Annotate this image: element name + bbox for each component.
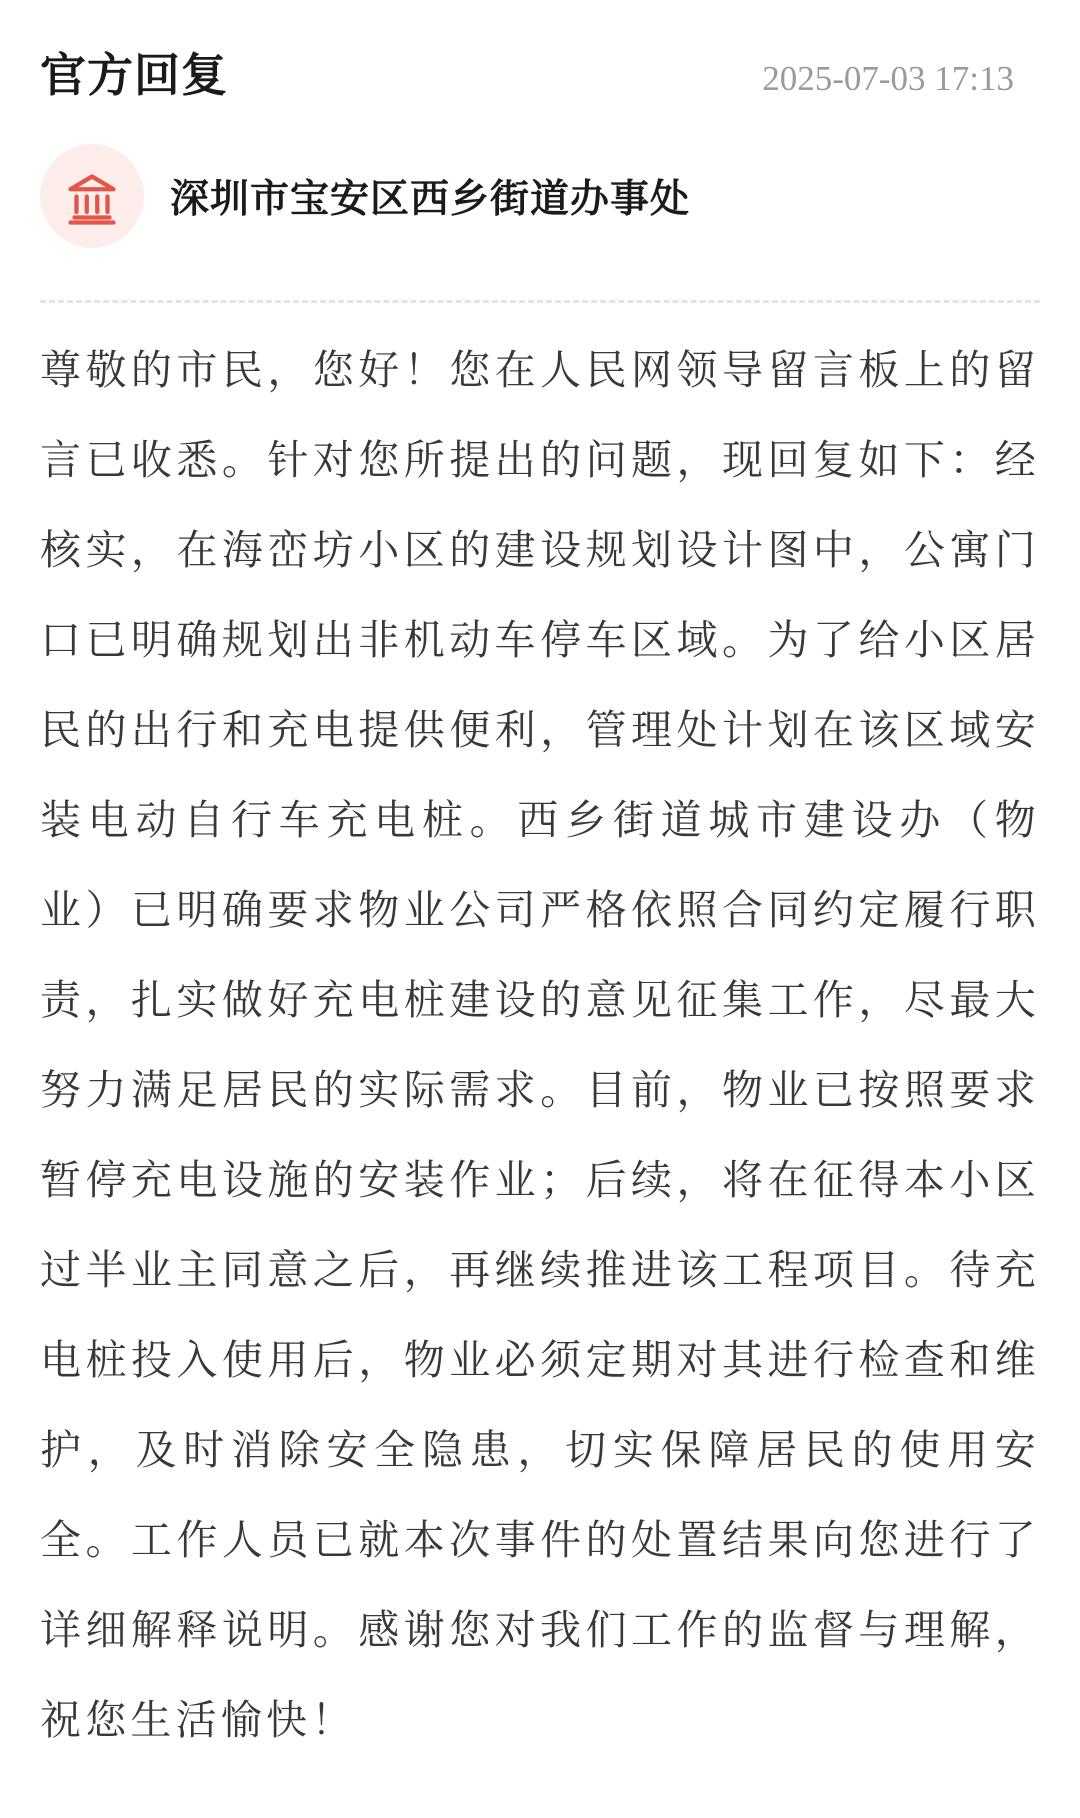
dashed-divider [40, 300, 1040, 303]
reply-timestamp: 2025-07-03 17:13 [762, 60, 1040, 102]
reply-body-text: 尊敬的市民，您好！您在人民网领导留言板上的留言已收悉。针对您所提出的问题，现回复… [40, 325, 1040, 1765]
official-reply-page: 官方回复 2025-07-03 17:13 深圳市宝安区西乡街道办事处 尊敬的市… [0, 0, 1080, 1818]
responder-name: 深圳市宝安区西乡街道办事处 [170, 168, 690, 224]
responder-avatar [40, 144, 144, 248]
government-building-icon [62, 166, 122, 226]
responder-row[interactable]: 深圳市宝安区西乡街道办事处 [40, 144, 1040, 248]
reply-header: 官方回复 2025-07-03 17:13 [40, 50, 1040, 102]
page-title: 官方回复 [40, 50, 228, 102]
